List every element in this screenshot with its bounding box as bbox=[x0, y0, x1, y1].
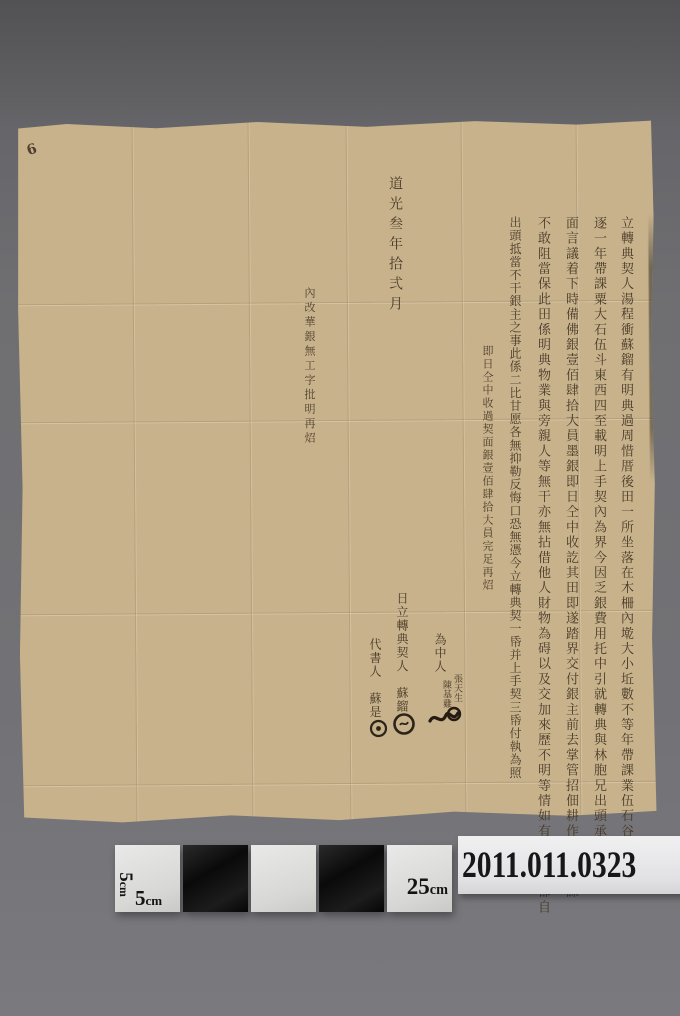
receipt-note: 即日仝中收過契面銀壹佰肆拾大員完足再炤 bbox=[482, 345, 493, 605]
main-text-column-5: 出頭抵當不干銀主之事此係二比甘愿各無抑勒反悔口恐無憑今立轉典契一帋并上手契三帋付… bbox=[509, 216, 521, 816]
paper-edge-tear bbox=[648, 214, 655, 482]
main-text-column-4: 不敢阻當保此田係明典物業與旁親人等無干亦無拈借他人財物為碍以及交加來歷不明等情如… bbox=[536, 216, 549, 816]
scale-label-5cm-vertical: 5cm bbox=[116, 872, 135, 897]
scale-square-white-2 bbox=[251, 845, 316, 912]
main-text-column-3: 面言議着下時備佛銀壹佰肆拾大員墨銀即日仝中收訖其田即遂踏界交付銀主前去掌管招佃耕… bbox=[564, 216, 577, 816]
scale-label-25cm: 25cm bbox=[407, 875, 448, 898]
accession-number: 2011.011.0323 bbox=[458, 844, 636, 887]
scale-label-5cm: 5cm bbox=[135, 888, 162, 909]
middleman-seal-scribble-icon bbox=[427, 703, 463, 731]
fold-crease bbox=[248, 121, 254, 824]
scale-square-black-2 bbox=[319, 845, 384, 912]
accession-label: 2011.011.0323 bbox=[458, 836, 680, 894]
scribe-signature: 代書人 蘇是 bbox=[369, 638, 381, 728]
scribe-seal-circle-icon bbox=[369, 719, 388, 738]
main-text-column-2: 逐一年帶課粟大石伍斗東西四至載明上手契內為界今因乏銀費用托中引就轉典與林胞兄出頭… bbox=[592, 216, 605, 816]
scale-square-white-1: 5cm 5cm bbox=[115, 845, 180, 912]
date-column: 道光叁年拾弍月 bbox=[388, 176, 402, 326]
fold-crease bbox=[17, 300, 655, 305]
main-text-column-1: 立轉典契人湯程衝蘇鎦有明典過周惜厝後田一所坐落在木柵內墘大小坵數不等年帶課業伍石… bbox=[619, 216, 632, 816]
scale-square-black-1 bbox=[183, 845, 248, 912]
fold-crease bbox=[18, 418, 656, 423]
fold-crease bbox=[132, 121, 138, 824]
fold-crease bbox=[19, 610, 657, 615]
principal-signature: 日立轉典契人 蘇鎦 bbox=[396, 592, 408, 727]
correction-note: 內改華銀無工字批明再炤 bbox=[304, 287, 315, 457]
scale-square-white-3: 25cm bbox=[387, 845, 452, 912]
principal-seal-circle-icon bbox=[392, 712, 416, 736]
fold-crease bbox=[346, 120, 352, 823]
document-paper bbox=[16, 118, 659, 825]
scale-bar: 5cm 5cm 25cm bbox=[115, 845, 452, 912]
photo-background: 6 立轉典契人湯程衝蘇鎦有明典過周惜厝後田一所坐落在木柵內墘大小坵數不等年帶課業… bbox=[0, 0, 680, 1016]
